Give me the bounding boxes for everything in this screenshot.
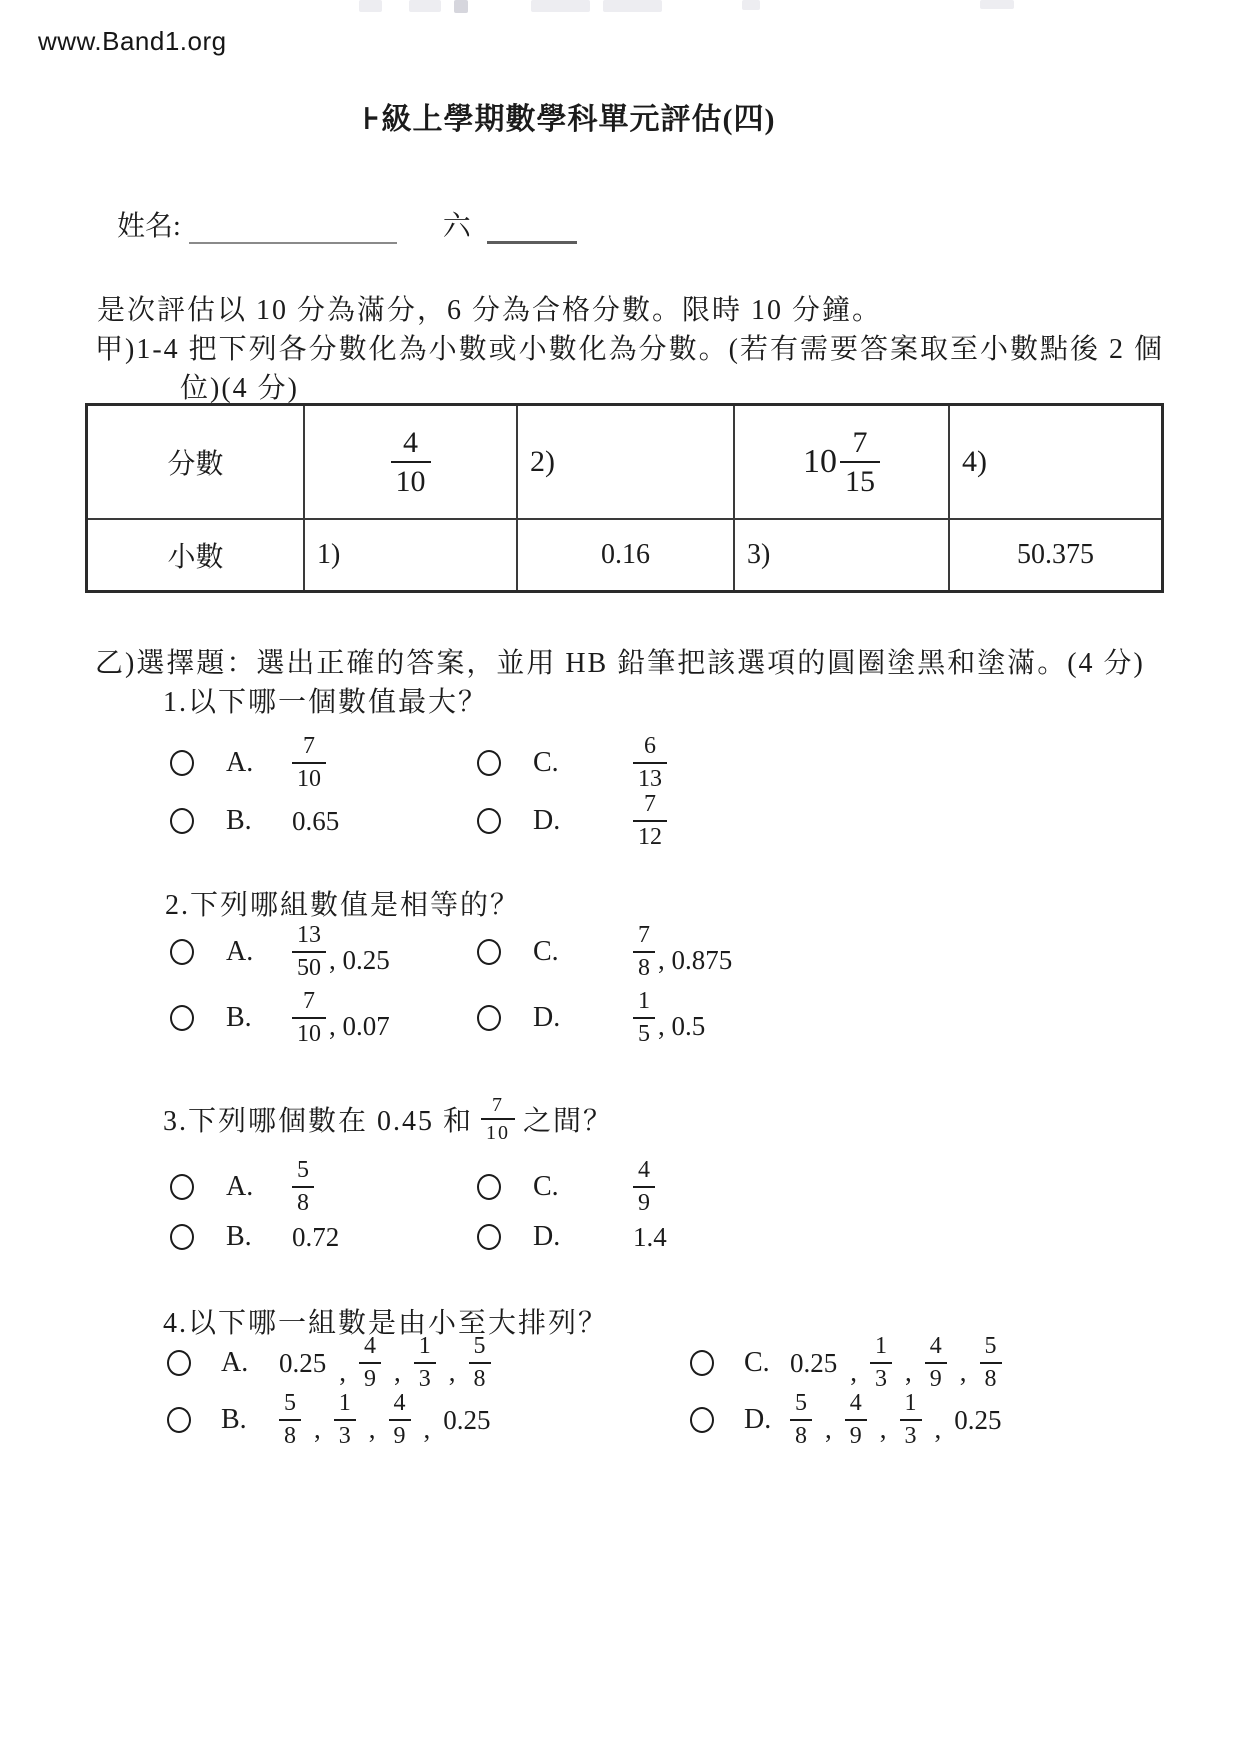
option-q4-b: B. 58 , 13 , 49 , 0.25	[167, 1384, 491, 1456]
fraction: 7 8	[633, 923, 655, 981]
fraction: 7 15	[840, 427, 880, 498]
answer-bubble-q3-a[interactable]	[170, 1174, 194, 1200]
name-row: 姓名: 六	[117, 204, 577, 244]
answer-cell-2[interactable]: 2)	[516, 406, 733, 518]
question-3-title: 3.下列哪個數在 0.45 和 7 10 之間？	[163, 1087, 613, 1151]
scan-artifact	[409, 0, 441, 12]
class-label: 六	[443, 204, 471, 244]
option-value-q2-d: 1 5 , 0.5	[633, 989, 705, 1047]
option-letter-q3-a: A.	[226, 1171, 264, 1203]
fraction: 13	[334, 1391, 356, 1449]
option-value-q4-b: 58 , 13 , 49 , 0.25	[279, 1391, 491, 1449]
table-cell-fraction-given-1: 4 10	[303, 406, 516, 518]
scan-artifact	[742, 0, 760, 10]
option-letter-q3-b: B.	[226, 1221, 264, 1253]
scan-artifact	[980, 0, 1014, 9]
option-value-q3-a: 5 8	[292, 1158, 314, 1216]
name-blank-line[interactable]	[189, 210, 397, 244]
option-q2-c: C. 7 8 , 0.875	[477, 916, 732, 988]
option-letter-q2-d: D.	[533, 1002, 571, 1034]
answer-bubble-q1-d[interactable]	[477, 808, 501, 834]
option-letter-q1-b: B.	[226, 805, 264, 837]
option-q4-d: D. 58 , 49 , 13 , 0.25	[690, 1384, 1002, 1456]
answer-bubble-q1-a[interactable]	[170, 750, 194, 776]
option-letter-q3-c: C.	[533, 1171, 571, 1203]
answer-bubble-q4-c[interactable]	[690, 1350, 714, 1376]
option-q1-b: B. 0.65	[170, 797, 339, 845]
option-letter-q4-c: C.	[744, 1347, 782, 1379]
fraction: 4 9	[633, 1158, 655, 1216]
option-value-q2-c: 7 8 , 0.875	[633, 923, 732, 981]
answer-bubble-q2-d[interactable]	[477, 1005, 501, 1031]
scan-artifact	[359, 0, 382, 12]
intro-text: 是次評估以 10 分為滿分，6 分為合格分數。限時 10 分鐘。	[97, 288, 882, 328]
answer-bubble-q4-b[interactable]	[167, 1407, 191, 1433]
table-header-decimal: 小數	[88, 518, 303, 590]
option-value-q1-c: 6 13	[633, 734, 667, 792]
option-value-q1-b: 0.65	[292, 806, 339, 837]
answer-bubble-q1-c[interactable]	[477, 750, 501, 776]
fraction: 13 50	[292, 923, 326, 981]
conversion-table: 分數 4 10 2) 10 7 15 4) 小數	[85, 403, 1164, 593]
fraction: 6 13	[633, 734, 667, 792]
option-letter-q3-d: D.	[533, 1221, 571, 1253]
option-q3-d: D. 1.4	[477, 1213, 667, 1261]
fraction: 49	[389, 1391, 411, 1449]
option-value-q3-c: 4 9	[633, 1158, 655, 1216]
site-watermark: www.Band1.org	[38, 26, 227, 57]
answer-bubble-q2-a[interactable]	[170, 939, 194, 965]
option-letter-q2-b: B.	[226, 1002, 264, 1034]
mixed-number: 10 7 15	[803, 427, 880, 498]
option-letter-q4-b: B.	[221, 1404, 259, 1436]
scan-artifact	[603, 0, 662, 12]
section-b-heading: 乙)選擇題：選出正確的答案，並用 HB 鉛筆把該選項的圓圈塗黑和塗滿。(4 分)	[95, 641, 1145, 681]
table-cell-decimal-given-2: 0.16	[516, 518, 733, 590]
scan-artifact	[531, 0, 590, 12]
option-q2-b: B. 7 10 , 0.07	[170, 982, 390, 1054]
option-letter-q2-a: A.	[226, 936, 264, 968]
table-header-fraction: 分數	[88, 406, 303, 518]
answer-bubble-q2-b[interactable]	[170, 1005, 194, 1031]
option-value-q3-d: 1.4	[633, 1222, 667, 1253]
fraction: 7 10	[292, 989, 326, 1047]
fraction: 4 10	[391, 427, 431, 498]
option-letter-q2-c: C.	[533, 936, 571, 968]
scan-artifact	[454, 0, 468, 13]
page-title: ⊦級上學期數學科單元評估(四)	[362, 94, 775, 138]
fraction: 13	[900, 1391, 922, 1449]
answer-cell-1[interactable]: 1)	[303, 518, 516, 590]
option-letter-q4-a: A.	[221, 1347, 259, 1379]
option-letter-q1-d: D.	[533, 805, 571, 837]
option-value-q3-b: 0.72	[292, 1222, 339, 1253]
answer-cell-4[interactable]: 4)	[948, 406, 1161, 518]
answer-bubble-q2-c[interactable]	[477, 939, 501, 965]
option-letter-q1-a: A.	[226, 747, 264, 779]
fraction: 58	[279, 1391, 301, 1449]
fraction: 7 10	[292, 734, 326, 792]
option-value-q1-a: 7 10	[292, 734, 326, 792]
answer-bubble-q4-a[interactable]	[167, 1350, 191, 1376]
option-value-q1-d: 7 12	[633, 792, 667, 850]
option-letter-q1-c: C.	[533, 747, 571, 779]
option-q1-d: D. 7 12	[477, 785, 667, 857]
fraction: 58	[790, 1391, 812, 1449]
question-1-title: 1.以下哪一個數值最大？	[163, 680, 488, 720]
fraction: 7 10	[481, 1095, 515, 1143]
name-label: 姓名:	[117, 204, 181, 244]
option-q2-d: D. 1 5 , 0.5	[477, 982, 705, 1054]
option-q3-b: B. 0.72	[170, 1213, 339, 1261]
table-cell-decimal-given-4: 50.375	[948, 518, 1161, 590]
table-cell-fraction-given-3: 10 7 15	[733, 406, 948, 518]
class-blank-line[interactable]	[487, 209, 577, 244]
scanned-worksheet-page: www.Band1.org ⊦級上學期數學科單元評估(四) 姓名: 六 是次評估…	[0, 0, 1240, 1754]
answer-bubble-q1-b[interactable]	[170, 808, 194, 834]
fraction: 1 5	[633, 989, 655, 1047]
answer-bubble-q3-b[interactable]	[170, 1224, 194, 1250]
option-letter-q4-d: D.	[744, 1404, 782, 1436]
option-q1-a: A. 7 10	[170, 727, 326, 799]
answer-bubble-q3-c[interactable]	[477, 1174, 501, 1200]
option-value-q2-b: 7 10 , 0.07	[292, 989, 390, 1047]
section-a-heading: 甲)1-4 把下列各分數化為小數或小數化為分數。(若有需要答案取至小數點後 2 …	[95, 327, 1164, 367]
answer-bubble-q3-d[interactable]	[477, 1224, 501, 1250]
fraction: 5 8	[292, 1158, 314, 1216]
option-value-q4-d: 58 , 49 , 13 , 0.25	[790, 1391, 1002, 1449]
option-q2-a: A. 13 50 , 0.25	[170, 916, 390, 988]
fraction: 49	[845, 1391, 867, 1449]
option-value-q2-a: 13 50 , 0.25	[292, 923, 390, 981]
section-a-heading-cont: 位)(4 分)	[180, 366, 299, 406]
answer-cell-3[interactable]: 3)	[733, 518, 948, 590]
fraction: 7 12	[633, 792, 667, 850]
answer-bubble-q4-d[interactable]	[690, 1407, 714, 1433]
